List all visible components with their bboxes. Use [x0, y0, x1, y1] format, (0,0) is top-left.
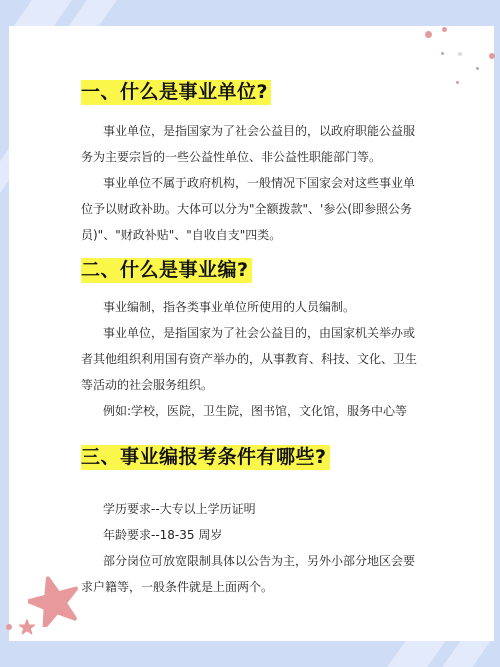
paragraph: 部分岗位可放宽限制具体以公告为主，另外小部分地区会要求户籍等，一般条件就是上面两… — [81, 548, 421, 600]
small-star-icon — [19, 619, 35, 635]
paragraph: 事业编制，指各类事业单位所使用的人员编制。 — [81, 294, 421, 320]
confetti-dot — [489, 53, 495, 59]
section-heading-1: 一、什么是事业单位? — [81, 80, 271, 105]
paragraph: 事业单位，是指国家为了社会公益目的，由国家机关举办或者其他组织利用国有资产举办的… — [81, 320, 421, 398]
confetti-dot — [442, 27, 447, 32]
confetti-dot — [441, 52, 444, 55]
paragraph: 学历要求--大专以上学历证明 — [81, 496, 421, 522]
paragraph: 事业单位，是指国家为了社会公益目的，以政府职能公益服务为主要宗旨的一些公益性单位… — [81, 118, 421, 170]
confetti-dot — [458, 52, 462, 56]
section-heading-3: 三、事业编报考条件有哪些? — [81, 445, 330, 470]
background-stripe — [384, 641, 445, 667]
confetti-dot — [456, 81, 459, 84]
paragraph: 年龄要求--18-35 周岁 — [81, 522, 421, 548]
large-star-icon — [28, 575, 80, 627]
section-heading-2: 二、什么是事业编? — [81, 258, 252, 283]
confetti-dot — [476, 67, 479, 70]
background-stripe — [439, 641, 490, 667]
star-dot — [6, 624, 12, 630]
paragraph: 例如:学校，医院，卫生院，图书馆，文化馆，服务中心等 — [81, 398, 421, 424]
paragraph: 事业单位不属于政府机构，一般情况下国家会对这些事业单位予以财政补助。大体可以分为… — [81, 170, 421, 248]
confetti-dot — [425, 31, 432, 38]
